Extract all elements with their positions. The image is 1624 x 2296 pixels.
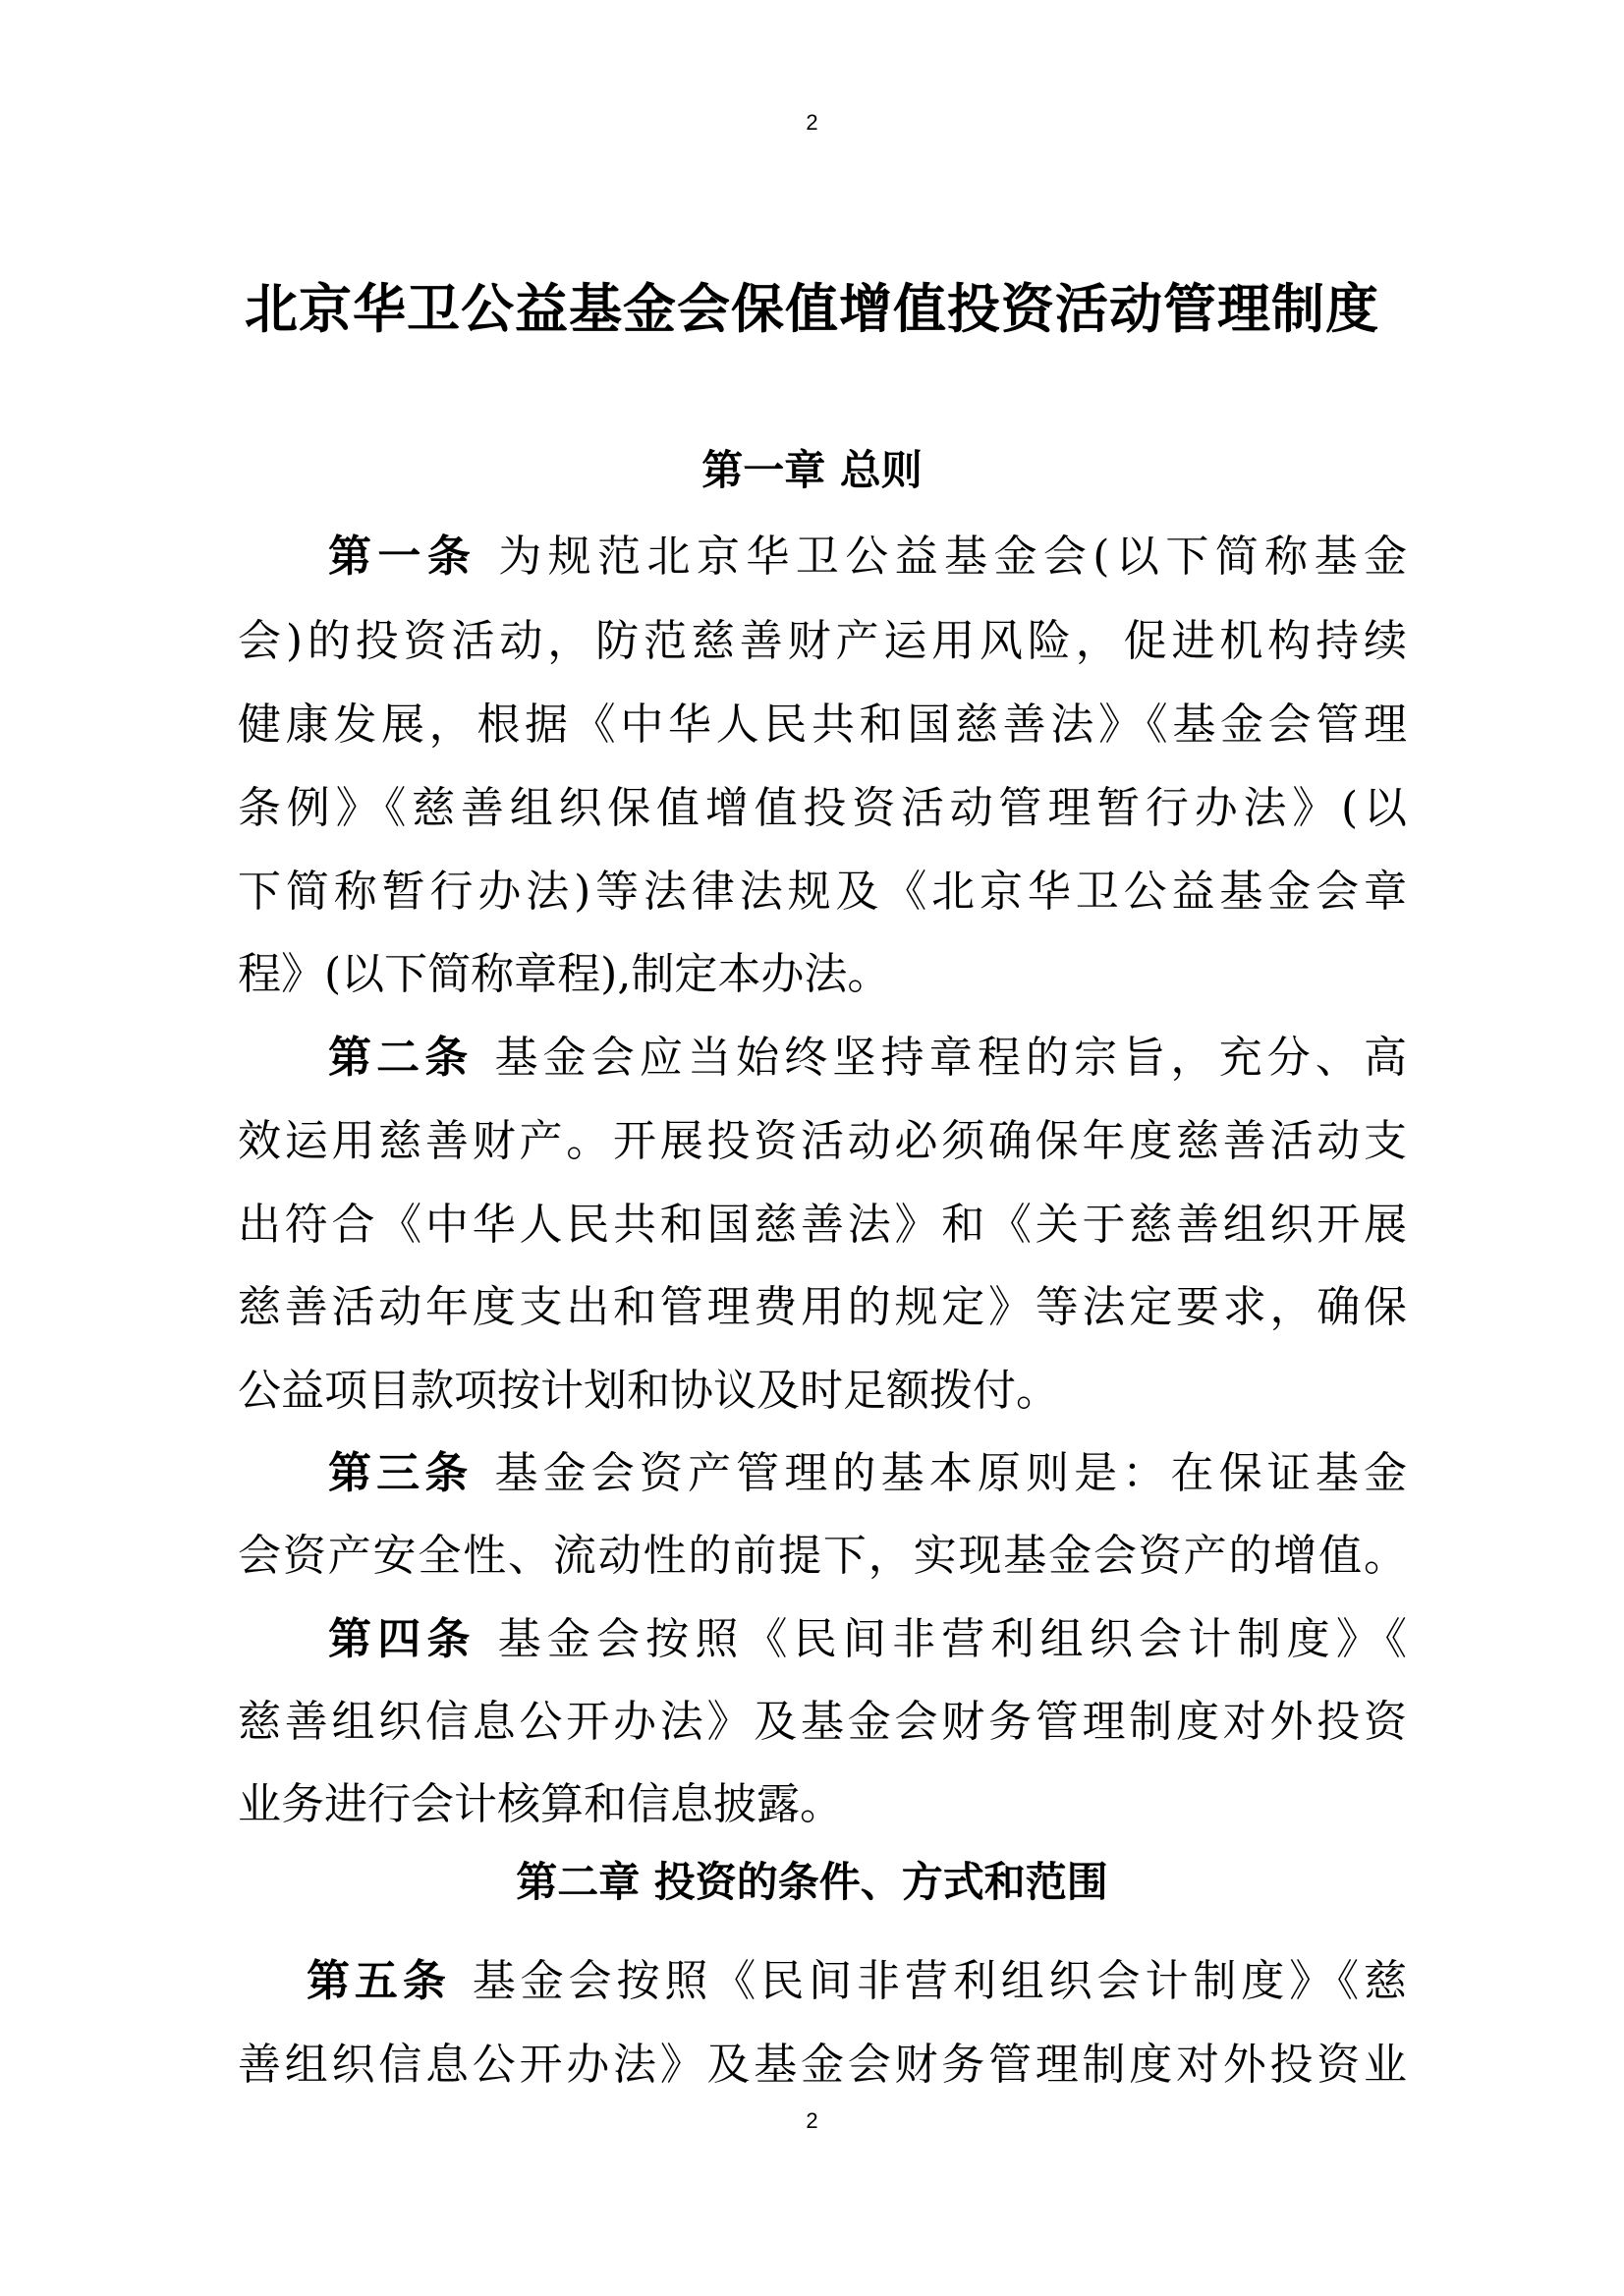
article-4-label: 第四条 bbox=[328, 1614, 476, 1664]
article-1-line-2: 会)的投资活动，防范慈善财产运用风险，促进机构持续 bbox=[238, 605, 1407, 668]
article-2-line-1: 第二条基金会应当始终坚持章程的宗旨，充分、高 bbox=[328, 1022, 1407, 1085]
article-1-label: 第一条 bbox=[328, 532, 476, 582]
article-2-line-4: 慈善活动年度支出和管理费用的规定》等法定要求，确保 bbox=[238, 1271, 1407, 1334]
article-4-line-3: 业务进行会计核算和信息披露。 bbox=[238, 1768, 1407, 1831]
document-title: 北京华卫公益基金会保值增值投资活动管理制度 bbox=[0, 267, 1624, 343]
article-1-line-3: 健康发展，根据《中华人民共和国慈善法》《基金会管理 bbox=[238, 689, 1407, 752]
article-1-line-1: 第一条为规范北京华卫公益基金会(以下简称基金 bbox=[328, 521, 1407, 584]
article-1-line-6: 程》(以下简称章程),制定本办法。 bbox=[238, 938, 1407, 1001]
chapter-1-heading: 第一章 总则 bbox=[0, 438, 1624, 497]
article-3-line-2: 会资产安全性、流动性的前提下，实现基金会资产的增值。 bbox=[238, 1520, 1407, 1583]
article-5-line-2: 善组织信息公开办法》及基金会财务管理制度对外投资业 bbox=[238, 2029, 1407, 2092]
article-1-line-4: 条例》《慈善组织保值增值投资活动管理暂行办法》(以 bbox=[238, 772, 1407, 835]
article-4-line-2: 慈善组织信息公开办法》及基金会财务管理制度对外投资 bbox=[238, 1686, 1407, 1749]
footer-page-number: 2 bbox=[0, 2108, 1624, 2134]
header-page-number: 2 bbox=[0, 110, 1624, 136]
article-5-label: 第五条 bbox=[307, 1956, 451, 2006]
article-5-line-1: 第五条基金会按照《民间非营利组织会计制度》《慈 bbox=[307, 1945, 1407, 2008]
article-2-label: 第二条 bbox=[328, 1033, 473, 1083]
article-3-line-1: 第三条基金会资产管理的基本原则是：在保证基金 bbox=[328, 1437, 1407, 1500]
article-3-label: 第三条 bbox=[328, 1448, 473, 1498]
article-2-line-2: 效运用慈善财产。开展投资活动必须确保年度慈善活动支 bbox=[238, 1105, 1407, 1168]
chapter-2-heading: 第二章 投资的条件、方式和范围 bbox=[0, 1850, 1624, 1909]
article-1-line-5: 下简称暂行办法)等法律法规及《北京华卫公益基金会章 bbox=[238, 856, 1407, 919]
article-2-line-5: 公益项目款项按计划和协议及时足额拨付。 bbox=[238, 1355, 1407, 1418]
article-2-line-3: 出符合《中华人民共和国慈善法》和《关于慈善组织开展 bbox=[238, 1189, 1407, 1252]
article-4-line-1: 第四条基金会按照《民间非营利组织会计制度》《 bbox=[328, 1603, 1407, 1666]
